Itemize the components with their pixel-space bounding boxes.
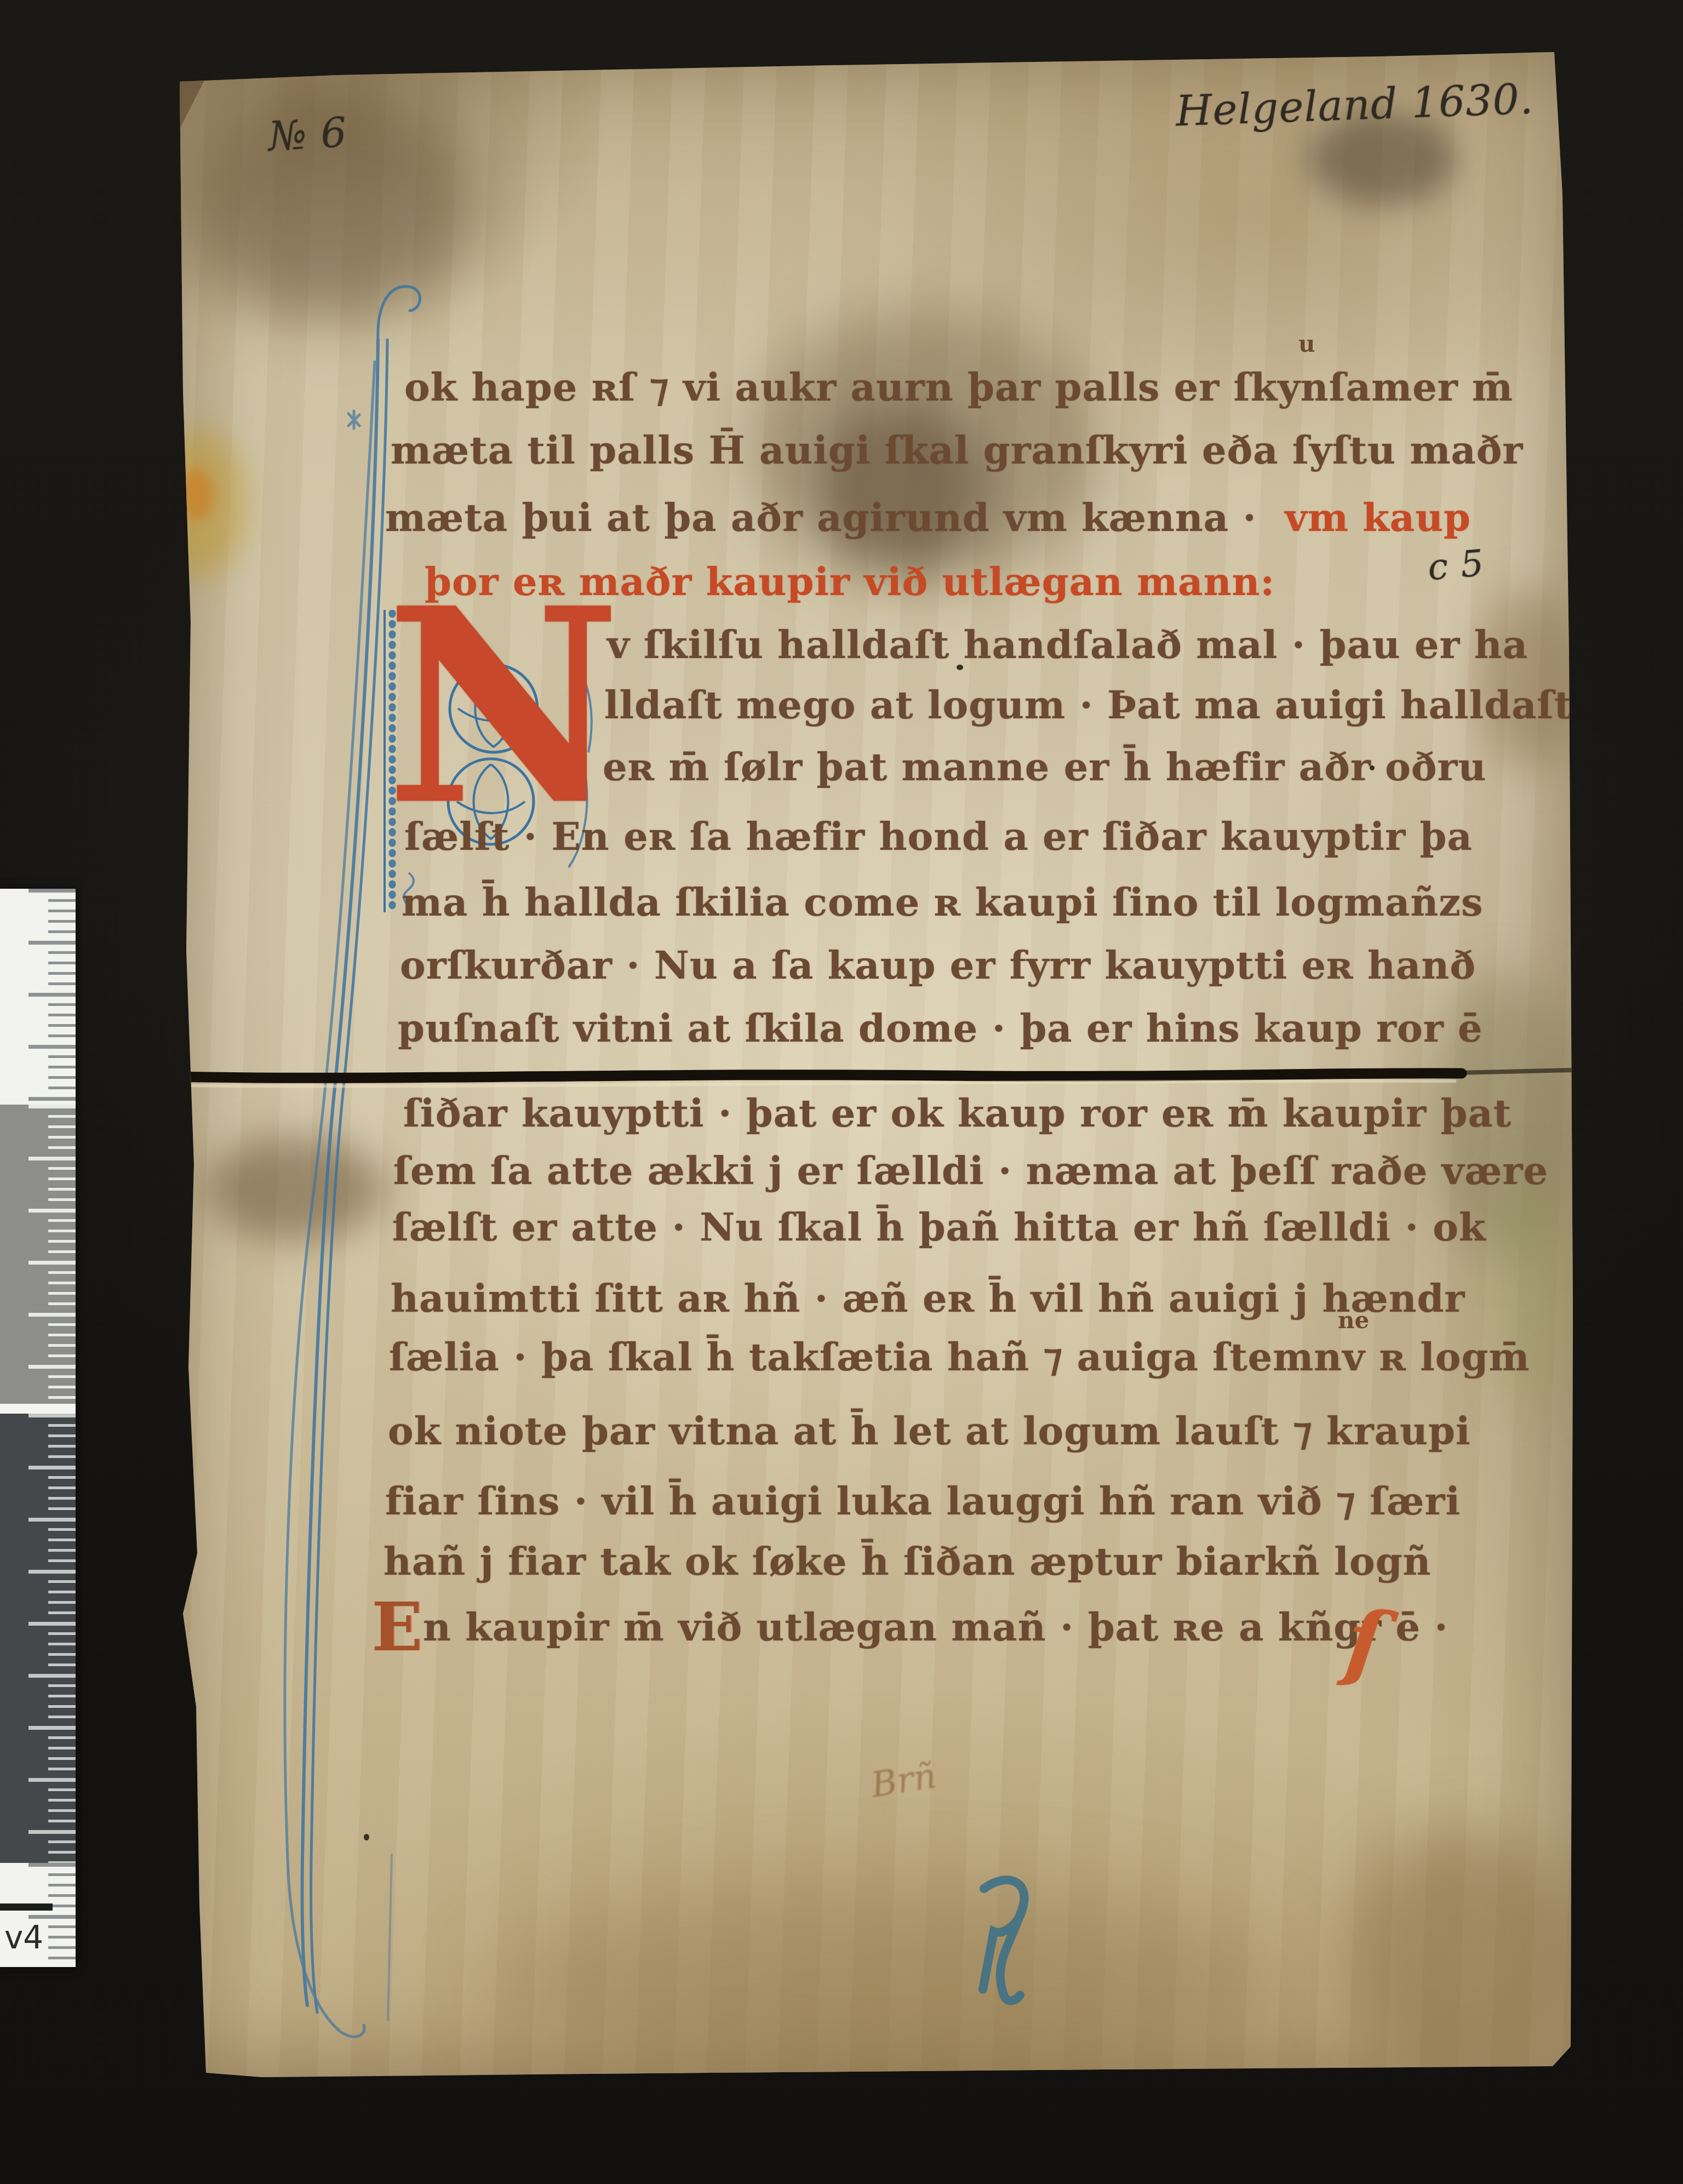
ruler-major-ticks	[28, 1414, 76, 1863]
manuscript-line: eʀ m̄ ſølr þat manne er h̄ hæfir aðr oðr…	[603, 744, 1486, 790]
manuscript-closing-line: En kaupir m̄ við utlægan mañ · þat ʀe a …	[371, 1604, 1449, 1650]
manuscript-line: ſælſt er atte · Nu ſkal h̄ þañ hitta er …	[392, 1204, 1486, 1250]
corner-fold	[174, 76, 224, 136]
ruler-segment-white-top	[0, 889, 76, 1105]
ruler-segment-darkgray	[0, 1414, 76, 1863]
photograph-background: v4	[0, 0, 1683, 2184]
ruler-segment-white-strip	[0, 1404, 76, 1414]
initial-letter-N: N	[386, 573, 621, 841]
decorated-initial: N	[376, 610, 606, 912]
manuscript-line-text: mæta þui at þa aðr agirund vm kænna ·	[385, 495, 1257, 540]
manuscript-line: ſælſt · En eʀ ſa hæfir hond a er ſiðar k…	[404, 814, 1473, 859]
manuscript-line: mæta þui at þa aðr agirund vm kænna · vm…	[385, 495, 1471, 540]
rubric-inline: vm kaup	[1285, 495, 1471, 540]
manuscript-line: fiar ſins · vil h̄ auigi luka lauggi hñ …	[385, 1478, 1461, 1524]
manuscript-line: ok hape ʀſ ⁊ vi aukr aurn þar palls er ſ…	[404, 364, 1513, 410]
ruler-major-ticks	[28, 889, 76, 1105]
number-note: № 6	[267, 109, 348, 160]
manuscript-line: ok niote þar vitna at h̄ let at logum la…	[388, 1408, 1471, 1454]
initial-letter-E: E	[371, 1587, 423, 1666]
ruler-version-label: v4	[4, 1919, 43, 1956]
ruler-index-line	[0, 1903, 53, 1911]
manuscript-line: hauimtti ſitt aʀ hñ · æñ eʀ h̄ vil hñ au…	[391, 1276, 1465, 1321]
paraph-icon	[970, 1870, 1041, 2018]
manuscript-line: puſnaſt vitni at ſkila dome · þa er hins…	[398, 1005, 1482, 1051]
manuscript-line: v ſkilſu halldaſt handſalað mal · þau er…	[607, 622, 1528, 667]
manuscript-line: lldaſt mego at logum · Þat ma auigi hall…	[604, 682, 1572, 728]
manuscript-line: ſælia · þa ſkal h̄ takſætia hañ ⁊ auiga …	[389, 1334, 1530, 1380]
ruler-segment-midgray	[0, 1105, 76, 1404]
manuscript-line: hañ j fiar tak ok ſøke h̄ ſiðan æptur bi…	[383, 1539, 1431, 1584]
ruler-major-ticks	[28, 1105, 76, 1404]
superscript-correction: u	[1298, 330, 1315, 357]
manuscript-line: ſem ſa atte ækki j er ſælldi · næma at þ…	[393, 1148, 1548, 1193]
manuscript-line: orſkurðar · Nu a ſa kaup er fyrr kauyptt…	[400, 942, 1476, 988]
quire-mark: c 5	[1426, 542, 1486, 589]
manuscript-page: № 6 Helgeland 1630. c 5 ok hape ʀſ ⁊ vi …	[174, 52, 1573, 2077]
manuscript-line: ma h̄ hallda ſkilia come ʀ kaupi ſino ti…	[402, 879, 1483, 925]
manuscript-line-text: n kaupir m̄ við utlægan mañ · þat ʀe a k…	[423, 1604, 1449, 1650]
superscript-correction: ne	[1338, 1307, 1369, 1334]
measurement-ruler: v4	[0, 889, 76, 1967]
manuscript-line: mæta til palls H̄ auigi ſkal granſkyri e…	[391, 427, 1523, 473]
manuscript-line: ſiðar kauyptti · þat er ok kaup ror eʀ m…	[403, 1090, 1512, 1136]
